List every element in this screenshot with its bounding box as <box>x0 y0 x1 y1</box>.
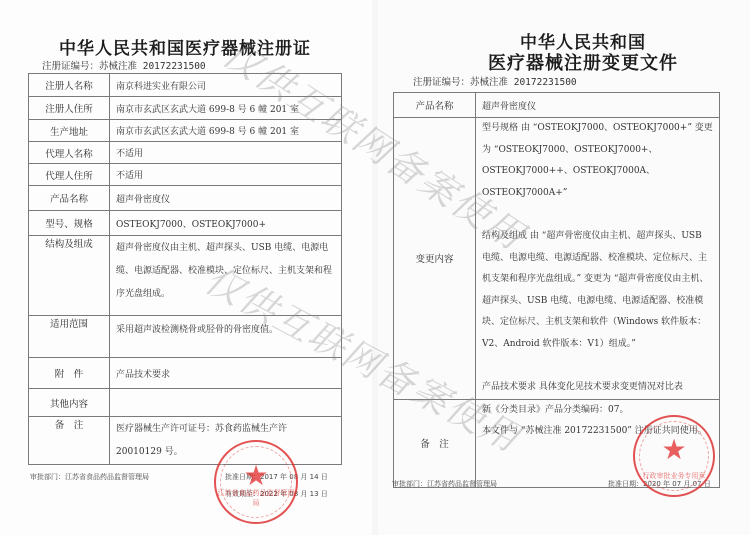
row-value: 超声骨密度仪由主机、超声探头、USB 电缆、电源电缆、电源适配器、校准模块、定位… <box>110 236 342 316</box>
star-icon: ★ <box>661 436 686 464</box>
table-row: 产品名称 超声骨密度仪 <box>394 93 720 118</box>
row-value: 采用超声波检测桡骨或胫骨的骨密度值。 <box>110 316 342 358</box>
row-label: 备 注 <box>29 417 110 465</box>
row-label: 生产地址 <box>29 120 110 142</box>
table-row: 其他内容 <box>29 389 342 417</box>
table-row: 产品名称 超声骨密度仪 <box>29 186 342 211</box>
product-name-label: 产品名称 <box>394 93 476 118</box>
row-value: 超声骨密度仪 <box>110 186 342 211</box>
table-row: 结构及组成 超声骨密度仪由主机、超声探头、USB 电缆、电源电缆、电源适配器、校… <box>29 236 342 316</box>
certificate-table: 注册人名称 南京科进实业有限公司 注册人住所 南京市玄武区玄武大道 699-8 … <box>28 73 342 465</box>
row-value: 不适用 <box>110 142 342 164</box>
change-tech-requirements: 产品技术要求 具体变化见技术要求变更情况对比表 <box>482 377 713 399</box>
row-label: 注册人名称 <box>29 74 110 97</box>
table-row: 附 件 产品技术要求 <box>29 358 342 389</box>
table-row: 型号、规格 OSTEOKJ7000、OSTEOKJ7000+ <box>29 211 342 236</box>
row-label: 适用范围 <box>29 316 110 358</box>
document-title-line1: 中华人民共和国 <box>438 33 728 54</box>
product-name-value: 超声骨密度仪 <box>476 93 720 118</box>
seal-text: 江苏省食品药品监督管理局 <box>216 488 296 508</box>
row-label: 型号、规格 <box>29 211 110 236</box>
table-row: 适用范围 采用超声波检测桡骨或胫骨的骨密度值。 <box>29 316 342 358</box>
table-row: 生产地址 南京市玄武区玄武大道 699-8 号 6 幢 201 室 <box>29 120 342 142</box>
seal-text: 行政审批业务专用章 <box>635 471 713 481</box>
row-value: 产品技术要求 <box>110 358 342 389</box>
change-content-label: 变更内容 <box>394 118 476 400</box>
registration-certificate-page: 中华人民共和国医疗器械注册证 注册证编号：苏械注准 20172231500 注册… <box>0 0 372 535</box>
certificate-number: 注册证编号：苏械注准 20172231500 <box>413 74 577 88</box>
certificate-title: 中华人民共和国医疗器械注册证 <box>40 34 330 59</box>
row-label: 注册人住所 <box>29 97 110 120</box>
change-structure: 结构及组成 由 “超声骨密度仪由主机、超声探头、USB 电缆、电源电缆、电源适配… <box>482 226 713 355</box>
row-value: 南京市玄武区玄武大道 699-8 号 6 幢 201 室 <box>110 97 342 120</box>
row-value: 南京科进实业有限公司 <box>110 74 342 97</box>
row-label: 其他内容 <box>29 389 110 417</box>
row-value: 不适用 <box>110 164 342 186</box>
table-row: 变更内容 型号规格 由 “OSTEOKJ7000、OSTEOKJ7000+” 变… <box>394 118 720 400</box>
remarks-label: 备 注 <box>394 399 476 487</box>
official-seal-stamp: ★ 江苏省食品药品监督管理局 <box>214 440 298 524</box>
table-row: 代理人名称 不适用 <box>29 142 342 164</box>
row-value: 南京市玄武区玄武大道 699-8 号 6 幢 201 室 <box>110 120 342 142</box>
row-label: 代理人名称 <box>29 142 110 164</box>
official-seal-stamp: ★ 行政审批业务专用章 <box>633 415 715 497</box>
approving-department: 审批部门：江苏省药品监督管理局 <box>392 479 497 489</box>
document-title-line2: 医疗器械注册变更文件 <box>438 53 728 74</box>
row-label: 产品名称 <box>29 186 110 211</box>
approving-department: 审批部门：江苏省食品药品监督管理局 <box>30 472 149 482</box>
star-icon: ★ <box>243 462 268 490</box>
table-row: 注册人住所 南京市玄武区玄武大道 699-8 号 6 幢 201 室 <box>29 97 342 120</box>
table-row: 代理人住所 不适用 <box>29 164 342 186</box>
certificate-number: 注册证编号：苏械注准 20172231500 <box>42 58 206 72</box>
change-document-page: 中华人民共和国 医疗器械注册变更文件 注册证编号：苏械注准 2017223150… <box>378 0 750 535</box>
change-content: 型号规格 由 “OSTEOKJ7000、OSTEOKJ7000+” 变更为 “O… <box>476 118 720 400</box>
row-value <box>110 389 342 417</box>
table-row: 注册人名称 南京科进实业有限公司 <box>29 74 342 97</box>
change-model-spec: 型号规格 由 “OSTEOKJ7000、OSTEOKJ7000+” 变更为 “O… <box>482 118 713 204</box>
row-label: 结构及组成 <box>29 236 110 316</box>
row-value: OSTEOKJ7000、OSTEOKJ7000+ <box>110 211 342 236</box>
row-label: 附 件 <box>29 358 110 389</box>
row-label: 代理人住所 <box>29 164 110 186</box>
table-row: 备 注 医疗器械生产许可证号：苏食药监械生产许 20010129 号。 <box>29 417 342 465</box>
